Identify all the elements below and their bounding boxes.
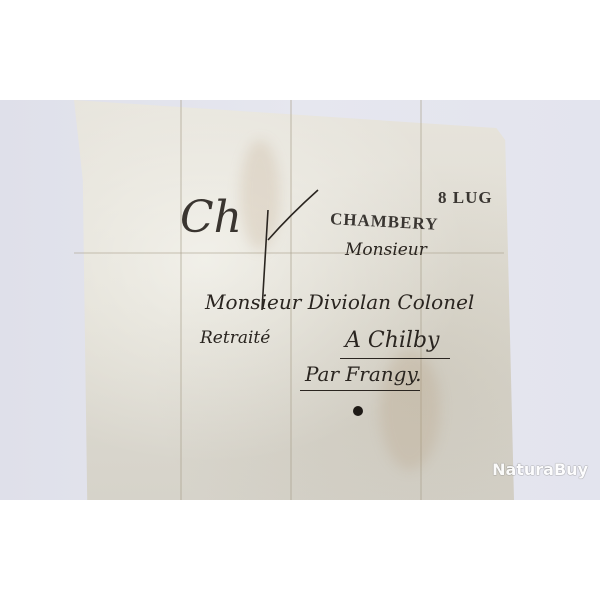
pen-strokes: [0, 100, 600, 500]
watermark-logo: NaturaBuy: [492, 460, 588, 479]
photo: 8 LUG CHAMBERY Ch Monsieur Monsieur Divi…: [0, 100, 600, 500]
